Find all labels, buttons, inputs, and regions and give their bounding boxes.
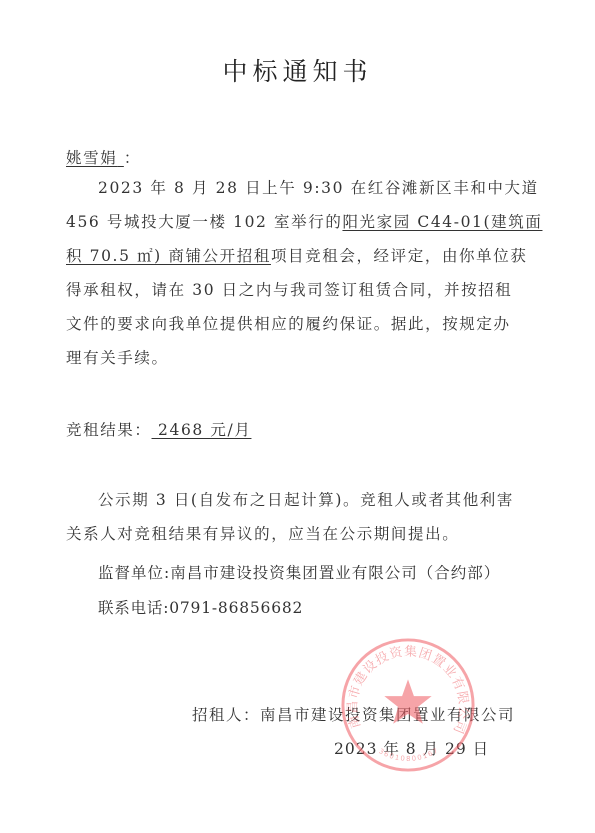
bid-result-line: 竞租结果： 2468 元/月 xyxy=(66,418,251,440)
recipient-line: 姚雪娟 ： xyxy=(66,146,141,168)
recipient-name: 姚雪娟 xyxy=(66,149,117,167)
body-line-5: 文件的要求向我单位提供相应的履约保证。据此，按规定办 xyxy=(66,312,536,334)
supervisor-line: 监督单位:南昌市建设投资集团置业有限公司（合约部） xyxy=(98,561,500,583)
body-line-6: 理有关手续。 xyxy=(66,346,536,368)
document-page: 中标通知书 姚雪娟 ： 2023 年 8 月 28 日上午 9:30 在红谷滩新… xyxy=(0,0,595,833)
body-line-3: 积 70.5 ㎡) 商铺公开招租项目竞租会，经评定，由你单位获 xyxy=(66,244,536,266)
body-line-4: 得承租权，请在 30 日之内与我司签订租赁合同，并按招租 xyxy=(66,278,536,300)
seal-stamp-icon: 南昌市建设投资集团置业有限公司 3601080016780 xyxy=(339,636,477,774)
project-name-part1: 阳光家园 C44-01(建筑面 xyxy=(342,213,542,231)
body-line-1: 2023 年 8 月 28 日上午 9:30 在红谷滩新区丰和中大道 xyxy=(98,176,568,198)
contact-phone: 联系电话:0791-86856682 xyxy=(98,596,303,618)
notice-line-2: 关系人对竞租结果有异议的，应当在公示期间提出。 xyxy=(66,522,459,544)
body-line-2: 456 号城投大厦一楼 102 室举行的阳光家园 C44-01(建筑面 xyxy=(66,210,536,232)
recipient-colon: ： xyxy=(124,149,141,167)
company-seal: 南昌市建设投资集团置业有限公司 3601080016780 xyxy=(339,636,477,774)
bid-result-value: 2468 元/月 xyxy=(152,421,252,439)
notice-line-1: 公示期 3 日(自发布之日起计算)。竞租人或者其他利害 xyxy=(98,488,514,510)
document-title: 中标通知书 xyxy=(0,52,595,88)
bid-result-label: 竞租结果： xyxy=(66,421,152,439)
project-name-part2: 积 70.5 ㎡) 商铺公开招租 xyxy=(66,247,271,265)
